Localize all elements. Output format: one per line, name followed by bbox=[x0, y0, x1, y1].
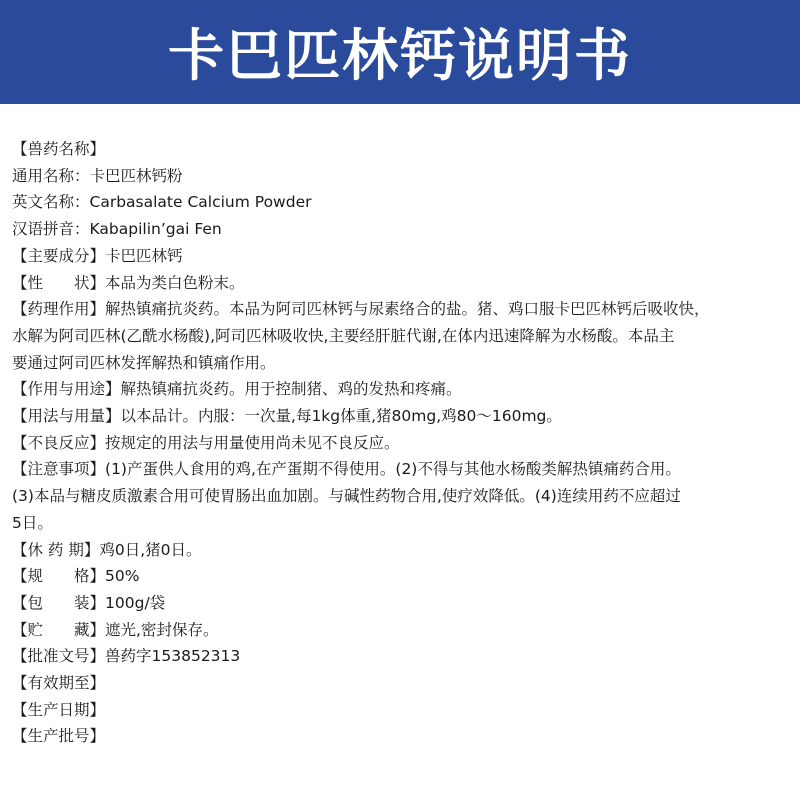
pharmacology-line-2: 水解为阿司匹林(乙酰水杨酸),阿司匹林吸收快,主要经肝脏代谢,在体内迅速降解为水… bbox=[12, 323, 792, 350]
section-vet-drug-name: 【兽药名称】 bbox=[12, 136, 792, 163]
precautions-line-3: 5日。 bbox=[12, 510, 792, 537]
indications: 【作用与用途】解热镇痛抗炎药。用于控制猪、鸡的发热和疼痛。 bbox=[12, 376, 792, 403]
expiry-date: 【有效期至】 bbox=[12, 670, 792, 697]
production-date: 【生产日期】 bbox=[12, 697, 792, 724]
packaging: 【包 装】100g/袋 bbox=[12, 590, 792, 617]
dosage: 【用法与用量】以本品计。内服：一次量,每1kg体重,猪80mg,鸡80～160m… bbox=[12, 403, 792, 430]
batch-number: 【生产批号】 bbox=[12, 723, 792, 750]
pharmacology-line-3: 要通过阿司匹林发挥解热和镇痛作用。 bbox=[12, 350, 792, 377]
adverse-reactions: 【不良反应】按规定的用法与用量使用尚未见不良反应。 bbox=[12, 430, 792, 457]
storage: 【贮 藏】遮光,密封保存。 bbox=[12, 617, 792, 644]
pharmacology-line-1: 【药理作用】解热镇痛抗炎药。本品为阿司匹林钙与尿素络合的盐。猪、鸡口服卡巴匹林钙… bbox=[12, 296, 792, 323]
generic-name: 通用名称：卡巴匹林钙粉 bbox=[12, 163, 792, 190]
specification: 【规 格】50% bbox=[12, 563, 792, 590]
precautions-line-2: (3)本品与糖皮质激素合用可使胃肠出血加剧。与碱性药物合用,使疗效降低。(4)连… bbox=[12, 483, 792, 510]
appearance: 【性 状】本品为类白色粉末。 bbox=[12, 270, 792, 297]
approval-number: 【批准文号】兽药字153852313 bbox=[12, 643, 792, 670]
pinyin-name: 汉语拼音：Kabapilin’gai Fen bbox=[12, 216, 792, 243]
english-name: 英文名称：Carbasalate Calcium Powder bbox=[12, 189, 792, 216]
title-banner: 卡巴匹林钙说明书 bbox=[0, 0, 800, 104]
document-body: 【兽药名称】 通用名称：卡巴匹林钙粉 英文名称：Carbasalate Calc… bbox=[12, 136, 792, 750]
main-ingredient: 【主要成分】卡巴匹林钙 bbox=[12, 243, 792, 270]
withdrawal-period: 【休 药 期】鸡0日,猪0日。 bbox=[12, 537, 792, 564]
precautions-line-1: 【注意事项】(1)产蛋供人食用的鸡,在产蛋期不得使用。(2)不得与其他水杨酸类解… bbox=[12, 456, 792, 483]
document-title: 卡巴匹林钙说明书 bbox=[168, 12, 632, 92]
